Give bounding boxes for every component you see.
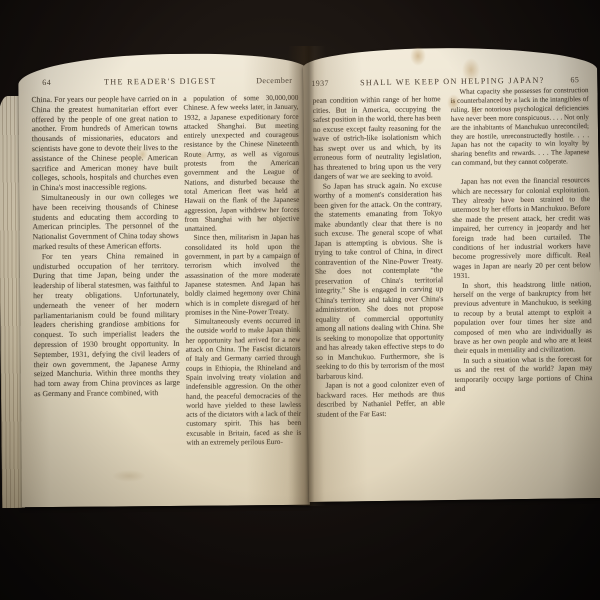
paragraph: Simultaneously in our own colleges we ha… — [32, 192, 179, 252]
paragraph: For ten years China remained in undistur… — [33, 251, 180, 399]
journal-title: THE READER'S DIGEST — [76, 76, 244, 86]
right-page-column-1: pean condition within range of her home … — [313, 94, 447, 494]
right-page-number: 65 — [545, 75, 579, 84]
paragraph: pean condition within range of her home … — [313, 94, 442, 181]
paragraph: Japan is not a good colonizer even of ba… — [316, 379, 445, 419]
left-page-header: 64 THE READER'S DIGEST December — [18, 76, 306, 88]
issue-year: 1937 — [311, 78, 359, 88]
left-page-number: 64 — [42, 78, 76, 87]
paragraph: So Japan has struck again. No excuse wor… — [314, 180, 445, 381]
paragraph: In short, this headstrong little nation,… — [453, 279, 592, 356]
book-photo-scene: 64 THE READER'S DIGEST December China. F… — [0, 0, 600, 600]
block-quote: What capacity she possesses for construc… — [450, 86, 589, 168]
left-page: 64 THE READER'S DIGEST December China. F… — [18, 53, 310, 507]
paragraph: In such a situation what is the forecast… — [454, 354, 593, 394]
paragraph: Simultaneously events occurred in the ou… — [185, 316, 301, 447]
paragraph: Japan has not even the financial resourc… — [452, 175, 591, 280]
paragraph: China. For years our people have carried… — [31, 94, 178, 193]
right-page-column-2: What capacity she possesses for construc… — [450, 86, 594, 492]
issue-month: December — [244, 76, 292, 85]
article-title: SHALL WE KEEP ON HELPING JAPAN? — [359, 76, 545, 88]
paragraph: Since then, militarism in Japan has cons… — [185, 232, 301, 317]
left-page-column-1: China. For years our people have carried… — [31, 94, 181, 501]
left-page-column-2: a population of some 30,000,000 Chinese.… — [183, 93, 302, 500]
paragraph: a population of some 30,000,000 Chinese.… — [183, 93, 299, 233]
right-page: 1937 SHALL WE KEEP ON HELPING JAPAN? 65 … — [303, 46, 600, 502]
